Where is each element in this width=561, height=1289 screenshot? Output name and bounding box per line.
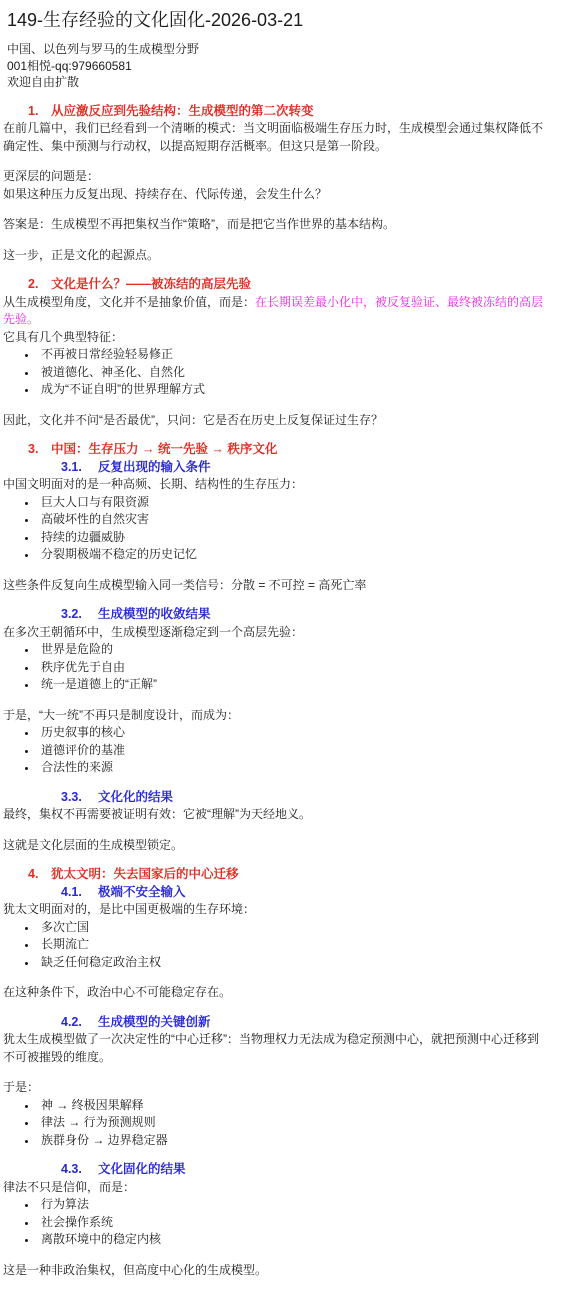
- paragraph: 这就是文化层面的生成模型锁定。: [3, 837, 547, 855]
- subsection-3-3-heading: 3.3.文化化的结果: [3, 789, 547, 807]
- subsection-4-2-title: 生成模型的关键创新: [98, 1015, 211, 1029]
- subsection-4-3-heading: 4.3.文化固化的结果: [3, 1161, 547, 1179]
- section-2-number: 2.: [28, 276, 41, 294]
- document-page: 149-生存经验的文化固化-2026-03-21 中国、以色列与罗马的生成模型分…: [0, 0, 561, 1289]
- list-item: 神 → 终极因果解释: [37, 1097, 547, 1115]
- doc-subtitle: 中国、以色列与罗马的生成模型分野: [7, 41, 547, 58]
- list-item: 历史叙事的核心: [37, 724, 547, 742]
- subsection-3-2-title: 生成模型的收敛结果: [98, 607, 211, 621]
- subsection-3-3-title: 文化化的结果: [98, 790, 173, 804]
- subsection-4-3-number: 4.3.: [61, 1161, 82, 1179]
- paragraph: 这些条件反复向生成模型输入同一类信号：分散 = 不可控 = 高死亡率: [3, 577, 547, 595]
- list-item: 族群身份 → 边界稳定器: [37, 1132, 547, 1150]
- paragraph: 因此，文化并不问“是否最优”，只问：它是否在历史上反复保证过生存？: [3, 412, 547, 430]
- subsection-4-1-number: 4.1.: [61, 884, 82, 902]
- doc-share-line: 欢迎自由扩散: [7, 74, 547, 91]
- list-item: 道德评价的基准: [37, 742, 547, 760]
- paragraph: 这是一种非政治集权，但高度中心化的生成模型。: [3, 1262, 547, 1280]
- bullet-list: 世界是危险的 秩序优先于自由 统一是道德上的“正解”: [3, 641, 547, 694]
- subsection-4-2-heading: 4.2.生成模型的关键创新: [3, 1014, 547, 1032]
- subsection-4-1-title: 极端不安全输入: [98, 885, 186, 899]
- list-item: 缺乏任何稳定政治主权: [37, 954, 547, 972]
- subsection-3-1-number: 3.1.: [61, 459, 82, 477]
- list-item: 离散环境中的稳定内核: [37, 1231, 547, 1249]
- list-item: 巨大人口与有限资源: [37, 494, 547, 512]
- bullet-list: 巨大人口与有限资源 高破坏性的自然灾害 持续的边疆威胁 分裂期极端不稳定的历史记…: [3, 494, 547, 564]
- section-3-title: 中国：生存压力 → 统一先验 → 秩序文化: [51, 442, 277, 456]
- paragraph: 律法不只是信仰，而是：: [3, 1179, 547, 1197]
- paragraph: 最终，集权不再需要被证明有效：它被“理解”为天经地义。: [3, 806, 547, 824]
- list-item: 长期流亡: [37, 936, 547, 954]
- section-2-heading: 2.文化是什么？——被冻结的高层先验: [3, 276, 547, 294]
- bullet-list: 多次亡国 长期流亡 缺乏任何稳定政治主权: [3, 919, 547, 972]
- subsection-3-2-heading: 3.2.生成模型的收敛结果: [3, 606, 547, 624]
- section-3-number: 3.: [28, 441, 41, 459]
- subsection-3-1-title: 反复出现的输入条件: [98, 460, 211, 474]
- paragraph: 犹太生成模型做了一次决定性的“中心迁移”：当物理权力无法成为稳定预测中心，就把预…: [3, 1031, 547, 1066]
- section-4-heading: 4.犹太文明：失去国家后的中心迁移: [3, 866, 547, 884]
- subsection-4-1-heading: 4.1.极端不安全输入: [3, 884, 547, 902]
- list-item: 分裂期极端不稳定的历史记忆: [37, 546, 547, 564]
- list-item: 统一是道德上的“正解”: [37, 676, 547, 694]
- subsection-4-2-number: 4.2.: [61, 1014, 82, 1032]
- list-item: 被道德化、神圣化、自然化: [37, 364, 547, 382]
- subsection-3-3-number: 3.3.: [61, 789, 82, 807]
- section-1-title: 从应激反应到先验结构：生成模型的第二次转变: [51, 104, 314, 118]
- paragraph: 在多次王朝循环中，生成模型逐渐稳定到一个高层先验：: [3, 624, 547, 642]
- list-item: 行为算法: [37, 1196, 547, 1214]
- list-item: 秩序优先于自由: [37, 659, 547, 677]
- section-1-heading: 1.从应激反应到先验结构：生成模型的第二次转变: [3, 103, 547, 121]
- section-1-number: 1.: [28, 103, 41, 121]
- section-4-number: 4.: [28, 866, 41, 884]
- paragraph: 从生成模型角度，文化并不是抽象价值，而是：在长期误差最小化中，被反复验证、最终被…: [3, 294, 547, 329]
- bullet-list: 历史叙事的核心 道德评价的基准 合法性的来源: [3, 724, 547, 777]
- paragraph: 于是：: [3, 1079, 547, 1097]
- list-item: 高破坏性的自然灾害: [37, 511, 547, 529]
- paragraph: 更深层的问题是：: [3, 168, 547, 186]
- paragraph: 于是，“大一统”不再只是制度设计，而成为：: [3, 707, 547, 725]
- paragraph: 答案是：生成模型不再把集权当作“策略”，而是把它当作世界的基本结构。: [3, 216, 547, 234]
- paragraph: 在前几篇中，我们已经看到一个清晰的模式：当文明面临极端生存压力时，生成模型会通过…: [3, 120, 547, 155]
- paragraph: 如果这种压力反复出现、持续存在、代际传递，会发生什么？: [3, 186, 547, 204]
- lead-text: 从生成模型角度，文化并不是抽象价值，而是：: [3, 295, 255, 309]
- section-2-title: 文化是什么？——被冻结的高层先验: [51, 277, 251, 291]
- list-item: 社会操作系统: [37, 1214, 547, 1232]
- section-4-title: 犹太文明：失去国家后的中心迁移: [51, 867, 239, 881]
- paragraph: 在这种条件下，政治中心不可能稳定存在。: [3, 984, 547, 1002]
- bullet-list: 神 → 终极因果解释 律法 → 行为预测规则 族群身份 → 边界稳定器: [3, 1097, 547, 1150]
- list-item: 律法 → 行为预测规则: [37, 1114, 547, 1132]
- paragraph: 中国文明面对的是一种高频、长期、结构性的生存压力：: [3, 476, 547, 494]
- list-item: 多次亡国: [37, 919, 547, 937]
- subsection-4-3-title: 文化固化的结果: [98, 1162, 186, 1176]
- list-item: 持续的边疆威胁: [37, 529, 547, 547]
- list-item: 合法性的来源: [37, 759, 547, 777]
- paragraph: 犹太文明面对的，是比中国更极端的生存环境：: [3, 901, 547, 919]
- subsection-3-2-number: 3.2.: [61, 606, 82, 624]
- list-item: 不再被日常经验轻易修正: [37, 346, 547, 364]
- paragraph: 它具有几个典型特征：: [3, 329, 547, 347]
- subsection-3-1-heading: 3.1.反复出现的输入条件: [3, 459, 547, 477]
- doc-title: 149-生存经验的文化固化-2026-03-21: [7, 8, 547, 32]
- section-3-heading: 3.中国：生存压力 → 统一先验 → 秩序文化: [3, 441, 547, 459]
- list-item: 世界是危险的: [37, 641, 547, 659]
- bullet-list: 行为算法 社会操作系统 离散环境中的稳定内核: [3, 1196, 547, 1249]
- doc-contact-line: 001相悦-qq:979660581: [7, 58, 547, 75]
- paragraph: 这一步，正是文化的起源点。: [3, 247, 547, 265]
- list-item: 成为“不证自明”的世界理解方式: [37, 381, 547, 399]
- bullet-list: 不再被日常经验轻易修正 被道德化、神圣化、自然化 成为“不证自明”的世界理解方式: [3, 346, 547, 399]
